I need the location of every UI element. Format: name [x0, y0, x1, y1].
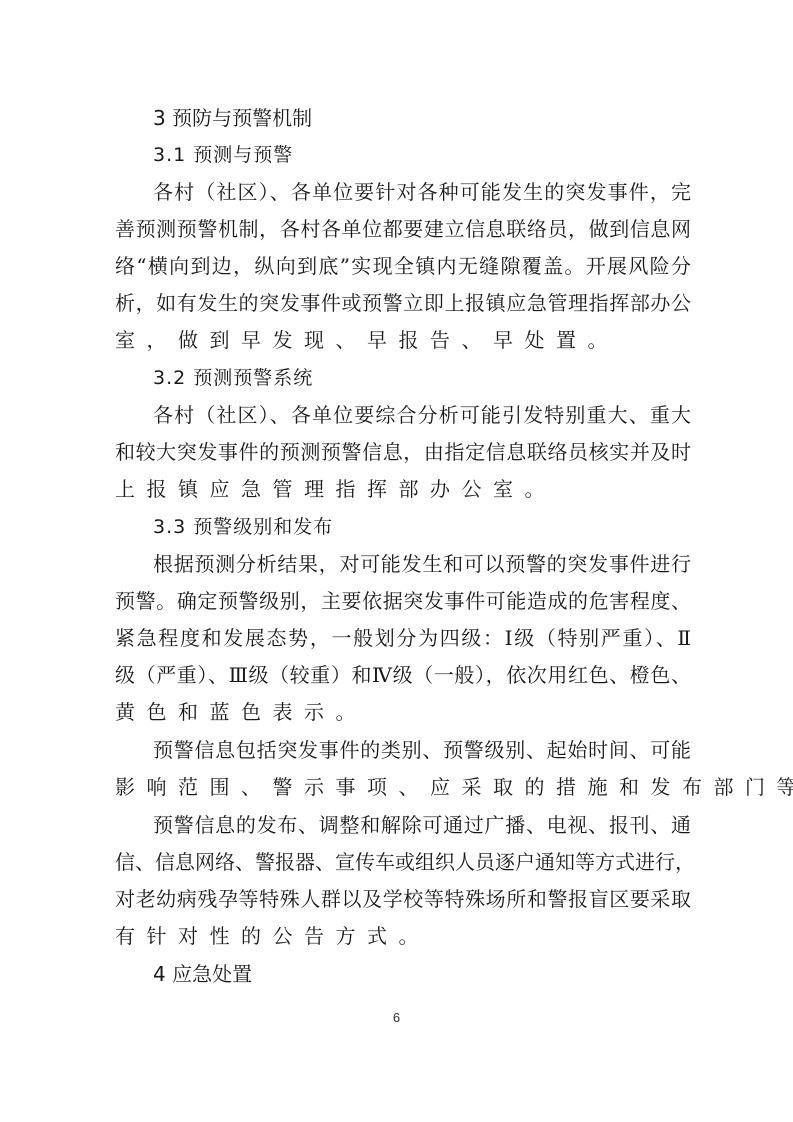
- paragraph-line: 对老幼病残孕等特殊人群以及学校等特殊场所和警报盲区要采取: [115, 881, 691, 918]
- section-heading-4: 4 应急处置: [153, 956, 252, 993]
- paragraph-line: 黄色和蓝色表示。: [115, 694, 367, 731]
- paragraph-line: 预警信息包括突发事件的类别、预警级别、起始时间、可能: [153, 732, 691, 769]
- paragraph-line: 室，做到早发现、早报告、早处置。: [115, 322, 619, 359]
- paragraph-line: 信、信息网络、警报器、宣传车或组织人员逐户通知等方式进行，: [115, 844, 691, 881]
- paragraph-line: 络“横向到边，纵向到底”实现全镇内无缝隙覆盖。开展风险分: [115, 248, 691, 285]
- paragraph-line: 各村（社区）、各单位要针对各种可能发生的突发事件，完: [153, 174, 691, 211]
- paragraph-line: 各村（社区）、各单位要综合分析可能引发特别重大、重大: [153, 397, 691, 434]
- paragraph-line: 根据预测分析结果，对可能发生和可以预警的突发事件进行: [153, 546, 691, 583]
- subsection-heading-3-1: 3.1 预测与预警: [153, 137, 293, 174]
- subsection-heading-3-3: 3.3 预警级别和发布: [153, 509, 333, 546]
- paragraph-line: 预警信息的发布、调整和解除可通过广播、电视、报刊、通: [153, 807, 691, 844]
- subsection-heading-3-2: 3.2 预测预警系统: [153, 360, 313, 397]
- paragraph-line: 影响范围、警示事项、应采取的措施和发布部门等。: [115, 769, 793, 806]
- paragraph-line: 预警。确定预警级别，主要依据突发事件可能造成的危害程度、: [115, 583, 691, 620]
- paragraph-line: 级（严重）、Ⅲ级（较重）和Ⅳ级（一般），依次用红色、橙色、: [115, 657, 691, 694]
- paragraph-line: 上报镇应急管理指挥部办公室。: [115, 471, 556, 508]
- paragraph-line: 紧急程度和发展态势，一般划分为四级：Ⅰ级（特别严重）、Ⅱ: [115, 620, 691, 657]
- section-heading-3: 3 预防与预警机制: [153, 100, 312, 137]
- paragraph-line: 善预测预警机制，各村各单位都要建立信息联络员，做到信息网: [115, 211, 691, 248]
- paragraph-line: 和较大突发事件的预测预警信息，由指定信息联络员核实并及时: [115, 434, 691, 471]
- paragraph-line: 有针对性的公告方式。: [115, 918, 430, 955]
- paragraph-line: 析，如有发生的突发事件或预警立即上报镇应急管理指挥部办公: [115, 285, 691, 322]
- page-number: 6: [0, 1010, 793, 1025]
